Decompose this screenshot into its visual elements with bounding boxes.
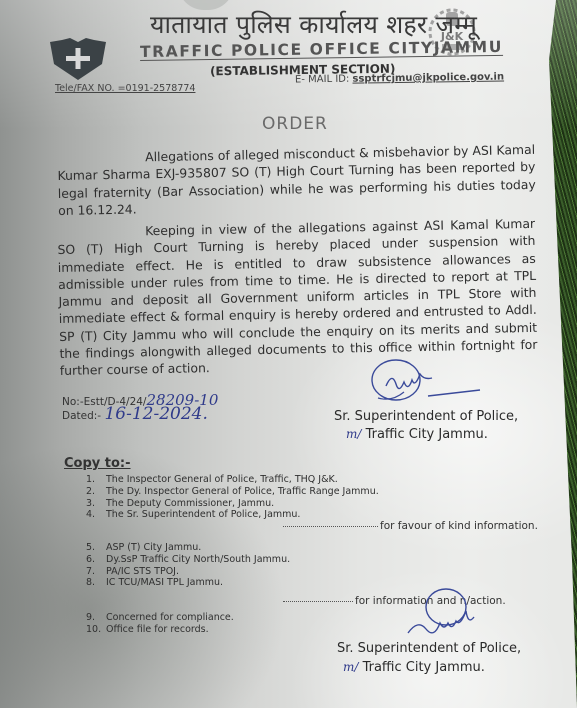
list-item: 7.PA/IC STS TPOJ. xyxy=(86,566,290,578)
police-shield-logo-icon xyxy=(48,38,108,80)
list-item: 6.Dy.SsP Traffic City North/South Jammu. xyxy=(86,554,290,566)
order-paragraph-2: Keeping in view of the allegations again… xyxy=(57,215,538,380)
hindi-office-title: यातायात पुलिस कार्यालय शहर जम्मू xyxy=(150,7,477,41)
order-heading: ORDER xyxy=(262,114,328,134)
order-date: Dated:- 16-12-2024. xyxy=(62,404,208,424)
tele-fax-number: Tele/FAX NO. =0191-2578774 xyxy=(55,83,195,94)
signature-2-icon xyxy=(398,585,508,645)
copy-to-group-1: 1.The Inspector General of Police, Traff… xyxy=(86,474,379,521)
signature-1-icon xyxy=(368,356,488,416)
copy-to-heading: Copy to:- xyxy=(64,456,131,471)
list-item: 8.IC TCU/MASI TPL Jammu. xyxy=(86,577,290,589)
paragraph-text: Allegations of alleged misconduct & misb… xyxy=(57,142,536,218)
list-item: 1.The Inspector General of Police, Traff… xyxy=(86,474,379,486)
signature-location-2: m/ Traffic City Jammu. xyxy=(343,660,485,675)
location-text: Traffic City Jammu. xyxy=(363,660,485,675)
copy-to-group-2: 5.ASP (T) City Jammu. 6.Dy.SsP Traffic C… xyxy=(86,542,290,589)
paragraph-text: Keeping in view of the allegations again… xyxy=(57,216,537,379)
dated-handwritten: 16-12-2024. xyxy=(104,404,207,424)
signature-designation-1: Sr. Superintendent of Police, xyxy=(334,409,518,424)
list-item: 3.The Deputy Commissioner, Jammu. xyxy=(86,498,379,510)
list-item: 2.The Dy. Inspector General of Police, T… xyxy=(86,486,379,498)
list-item: 9.Concerned for compliance. xyxy=(86,612,234,624)
group-1-note: for favour of kind information. xyxy=(283,520,538,532)
signature-designation-2: Sr. Superintendent of Police, xyxy=(337,641,521,656)
copy-to-group-3: 9.Concerned for compliance. 10.Office fi… xyxy=(86,612,234,636)
initial-mark: m/ xyxy=(343,660,358,674)
email-address: ssptrfcjmu@jkpolice.gov.in xyxy=(352,72,504,85)
order-paragraph-1: Allegations of alleged misconduct & misb… xyxy=(57,141,536,219)
dated-label: Dated:- xyxy=(62,410,101,422)
location-text: Traffic City Jammu. xyxy=(366,427,488,442)
signature-location-1: m/ Traffic City Jammu. xyxy=(346,427,488,442)
initial-mark: m/ xyxy=(346,427,361,441)
list-item: 5.ASP (T) City Jammu. xyxy=(86,542,290,554)
list-item: 10.Office file for records. xyxy=(86,624,234,636)
email-label: E- MAIL ID: xyxy=(295,74,349,86)
